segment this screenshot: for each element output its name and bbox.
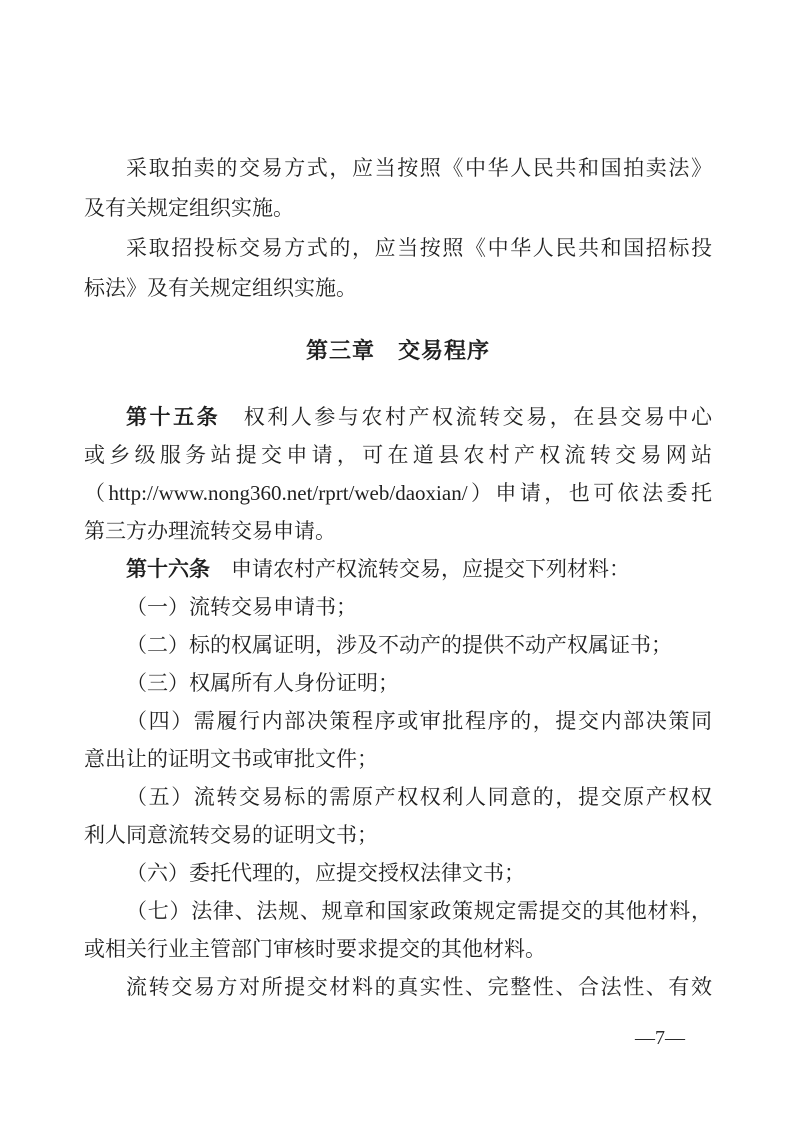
text-line: （六）委托代理的，应提交授权法律文书； (84, 854, 712, 892)
text-line: 利人同意流转交易的证明文书； (84, 816, 712, 854)
document-page: 采取拍卖的交易方式，应当按照《中华人民共和国拍卖法》及有关规定组织实施。采取招投… (0, 0, 793, 1122)
article-number: 第十六条 (126, 557, 210, 581)
text-line: （http://www.nong360.net/rprt/web/daoxian… (84, 474, 712, 512)
chapter-heading: 第三章 交易程序 (84, 334, 712, 368)
text-line: 采取拍卖的交易方式，应当按照《中华人民共和国拍卖法》 (84, 148, 712, 188)
text-line: （七）法律、法规、规章和国家政策规定需提交的其他材料， (84, 892, 712, 930)
article-body: 第十五条 权利人参与农村产权流转交易，在县交易中心或乡级服务站提交申请，可在道县… (84, 398, 712, 1006)
text-line: 及有关规定组织实施。 (84, 188, 712, 228)
text-line: 标法》及有关规定组织实施。 (84, 268, 712, 308)
text-line: 第十五条 权利人参与农村产权流转交易，在县交易中心 (84, 398, 712, 436)
text-line: 或乡级服务站提交申请，可在道县农村产权流转交易网站 (84, 436, 712, 474)
page-number: —7— (630, 1026, 690, 1050)
text-line: （二）标的权属证明，涉及不动产的提供不动产权属证书； (84, 626, 712, 664)
text-line: 第三方办理流转交易申请。 (84, 512, 712, 550)
text-line: 流转交易方对所提交材料的真实性、完整性、合法性、有效 (84, 968, 712, 1006)
text-line: （四）需履行内部决策程序或审批程序的，提交内部决策同 (84, 702, 712, 740)
text-line: 第十六条 申请农村产权流转交易，应提交下列材料： (84, 550, 712, 588)
text-line: 意出让的证明文书或审批文件； (84, 740, 712, 778)
text-line: （三）权属所有人身份证明； (84, 664, 712, 702)
text-line: 采取招投标交易方式的，应当按照《中华人民共和国招标投 (84, 228, 712, 268)
text-line: （一）流转交易申请书； (84, 588, 712, 626)
text-line: 或相关行业主管部门审核时要求提交的其他材料。 (84, 930, 712, 968)
article-number: 第十五条 (126, 405, 220, 429)
paragraph-block-top: 采取拍卖的交易方式，应当按照《中华人民共和国拍卖法》及有关规定组织实施。采取招投… (84, 148, 712, 308)
text-line: （五）流转交易标的需原产权权利人同意的，提交原产权权 (84, 778, 712, 816)
